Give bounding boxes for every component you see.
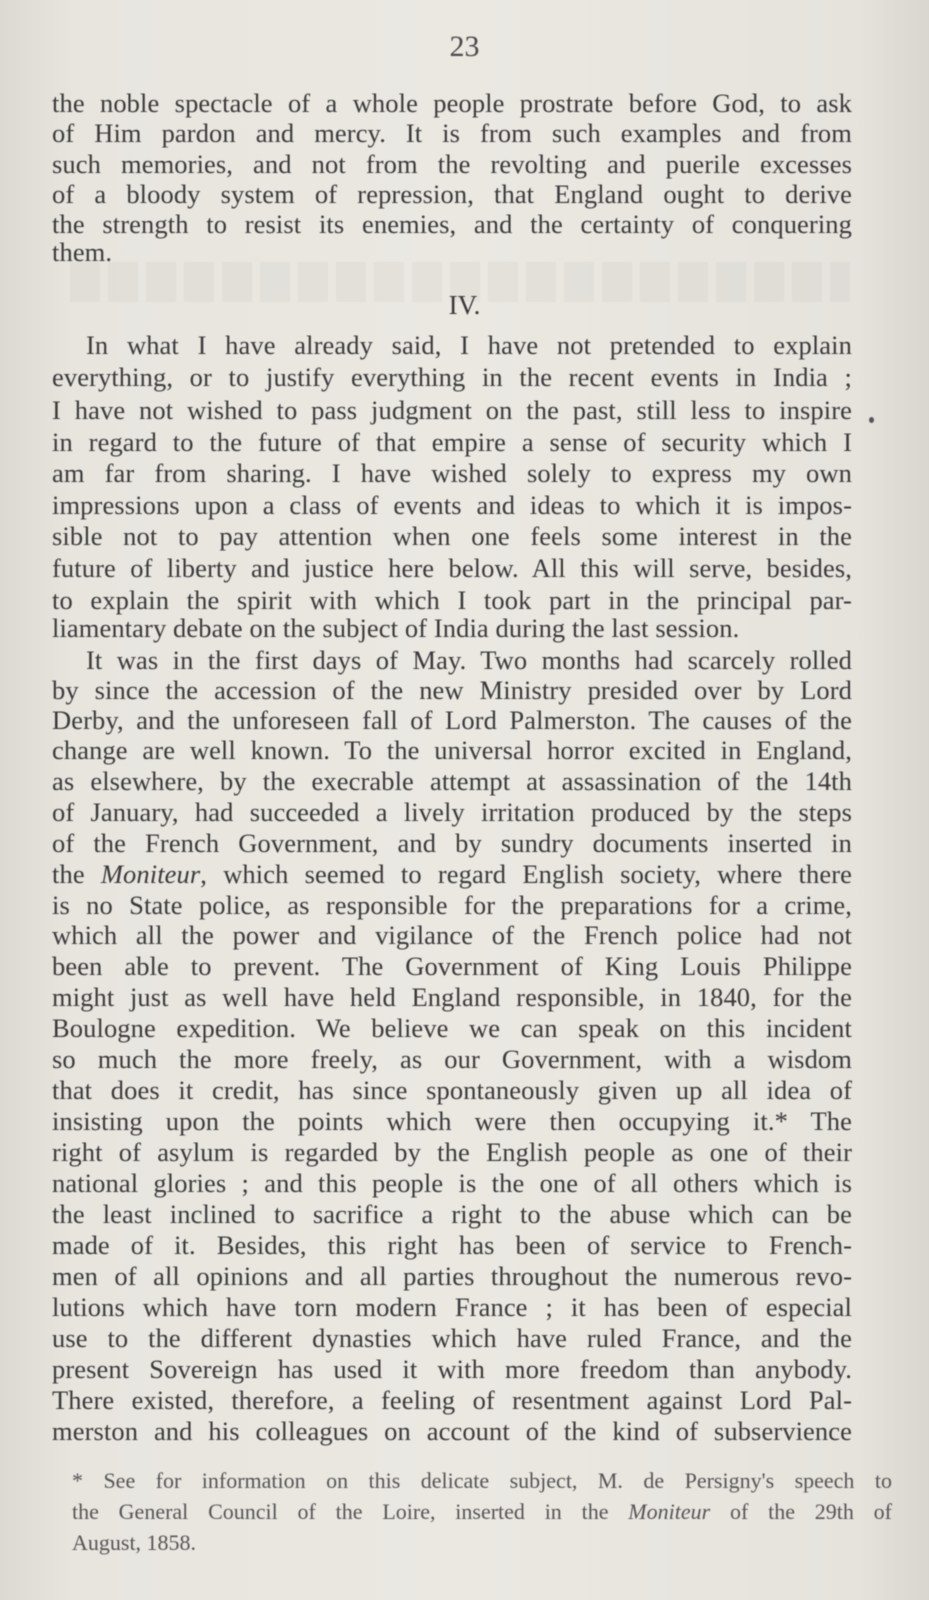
text-line: that does it credit, has since spontaneo…	[52, 1075, 852, 1105]
footnote-line: * See for information on this delicate s…	[72, 1466, 892, 1496]
text-fragment: the General Council of the Loire, insert…	[72, 1499, 628, 1524]
text-line: lutions which have torn modern France ; …	[52, 1292, 852, 1322]
text-line: men of all opinions and all parties thro…	[52, 1261, 852, 1291]
text-line: of a bloody system of repression, that E…	[52, 179, 852, 209]
text-line: them.	[52, 237, 852, 267]
text-line: am far from sharing. I have wished solel…	[52, 458, 852, 488]
text-line: change are well known. To the universal …	[52, 735, 852, 765]
text-line: everything, or to justify everything in …	[52, 362, 852, 392]
text-line: the least inclined to sacrifice a right …	[52, 1199, 852, 1229]
text-line: right of asylum is regarded by the Engli…	[52, 1137, 852, 1167]
text-line: made of it. Besides, this right has been…	[52, 1230, 852, 1260]
text-line: to explain the spirit with which I took …	[52, 585, 852, 615]
text-line-with-italic: the Moniteur, which seemed to regard Eng…	[52, 859, 852, 889]
text-fragment: of the 29th of	[710, 1499, 892, 1524]
text-line: is no State police, as responsible for t…	[52, 890, 852, 920]
footnote-line: August, 1858.	[72, 1528, 892, 1558]
text-line: merston and his colleagues on account of…	[52, 1416, 852, 1446]
text-line: might just as well have held England res…	[52, 982, 852, 1012]
italic-title: Moniteur	[628, 1499, 710, 1524]
text-line: impressions upon a class of events and i…	[52, 490, 852, 520]
text-line: so much the more freely, as our Governme…	[52, 1044, 852, 1074]
text-line: of Him pardon and mercy. It is from such…	[52, 118, 852, 148]
text-line: Boulogne expedition. We believe we can s…	[52, 1013, 852, 1043]
text-fragment: the	[52, 859, 101, 889]
text-line: insisting upon the points which were the…	[52, 1106, 852, 1136]
section-heading: IV.	[0, 290, 929, 321]
text-line: present Sovereign has used it with more …	[52, 1354, 852, 1384]
text-line: which all the power and vigilance of the…	[52, 920, 852, 950]
text-line: use to the different dynasties which hav…	[52, 1323, 852, 1353]
text-line: liamentary debate on the subject of Indi…	[52, 613, 852, 643]
footnote-line-with-italic: the General Council of the Loire, insert…	[72, 1497, 892, 1527]
text-line: In what I have already said, I have not …	[52, 330, 852, 360]
text-line: the strength to resist its enemies, and …	[52, 209, 852, 239]
text-line: the noble spectacle of a whole people pr…	[52, 88, 852, 118]
text-line: of the French Government, and by sundry …	[52, 828, 852, 858]
book-page: 23 the noble spectacle of a whole people…	[0, 0, 929, 1600]
text-line: been able to prevent. The Government of …	[52, 951, 852, 981]
text-line: of January, had succeeded a lively irrit…	[52, 797, 852, 827]
text-line: I have not wished to pass judgment on th…	[52, 395, 852, 425]
text-line: future of liberty and justice here below…	[52, 553, 852, 583]
page-number: 23	[0, 30, 929, 64]
text-line: by since the accession of the new Minist…	[52, 675, 852, 705]
text-line: It was in the first days of May. Two mon…	[52, 645, 852, 675]
text-line: as elsewhere, by the execrable attempt a…	[52, 766, 852, 796]
text-line: Derby, and the unforeseen fall of Lord P…	[52, 705, 852, 735]
text-fragment: , which seemed to regard English society…	[200, 859, 852, 889]
text-line: There existed, therefore, a feeling of r…	[52, 1385, 852, 1415]
italic-title: Moniteur	[101, 859, 200, 889]
text-line: national glories ; and this people is th…	[52, 1168, 852, 1198]
margin-mark	[869, 417, 874, 423]
text-line: in regard to the future of that empire a…	[52, 427, 852, 457]
text-line: such memories, and not from the revoltin…	[52, 149, 852, 179]
text-line: sible not to pay attention when one feel…	[52, 521, 852, 551]
